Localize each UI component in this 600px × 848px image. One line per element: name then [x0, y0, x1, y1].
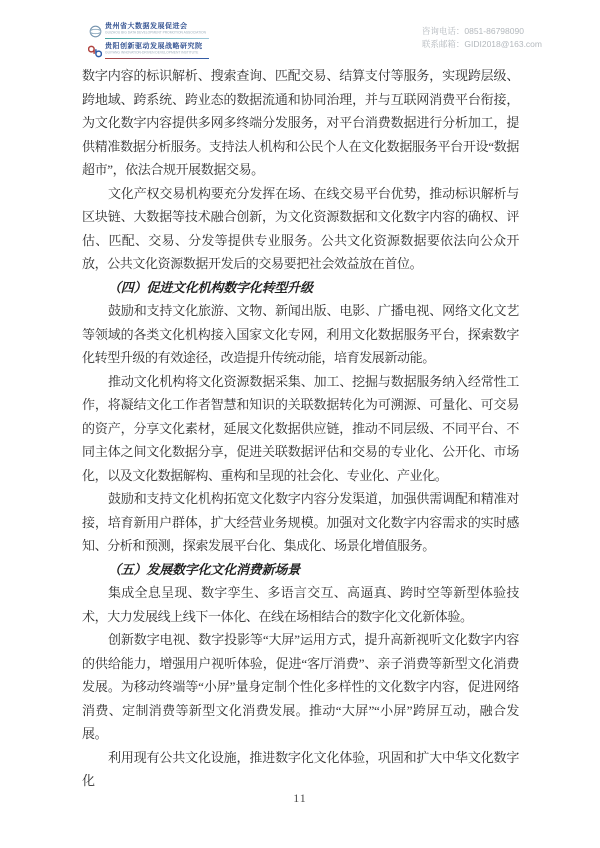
logo-association: 贵州省大数据发展促进会 GUIZHOU BIG DATA DEVELOPMENT…	[88, 23, 289, 39]
page-header: 贵州省大数据发展促进会 GUIZHOU BIG DATA DEVELOPMENT…	[88, 23, 542, 59]
swirl-logo-icon	[88, 44, 102, 58]
body-paragraph: 推动文化机构将文化资源数据采集、加工、挖掘与数据服务纳入经常性工作，将凝结文化工…	[82, 370, 519, 488]
body-paragraph: 鼓励和支持文化旅游、文物、新闻出版、电影、广播电视、网络文化文艺等领域的各类文化…	[82, 299, 519, 370]
email-label: 联系邮箱：	[422, 39, 465, 49]
logo-association-texts: 贵州省大数据发展促进会 GUIZHOU BIG DATA DEVELOPMENT…	[105, 23, 289, 39]
association-underline	[105, 38, 209, 39]
page-number: 11	[0, 791, 600, 806]
email-address: GIDI2018@163.com	[464, 39, 542, 49]
phone-label: 咨询电话：	[422, 26, 465, 36]
document-page: 贵州省大数据发展促进会 GUIZHOU BIG DATA DEVELOPMENT…	[0, 0, 600, 848]
document-body: 数字内容的标识解析、搜索查询、匹配交易、结算支付等服务，实现跨层级、跨地域、跨系…	[82, 64, 519, 793]
phone-number: 0851-86798090	[464, 26, 524, 36]
logo-block: 贵州省大数据发展促进会 GUIZHOU BIG DATA DEVELOPMENT…	[88, 23, 289, 59]
body-paragraph: 集成全息呈现、数字孪生、多语言交互、高逼真、跨时空等新型体验技术，大力发展线上线…	[82, 581, 519, 628]
body-paragraph: 鼓励和支持文化机构拓宽文化数字内容分发渠道，加强供需调配和精准对接，培育新用户群…	[82, 487, 519, 558]
section-heading-4: （四）促进文化机构数字化转型升级	[82, 276, 519, 300]
logo-institute: 贵阳创新驱动发展战略研究院 GUIYANG INNOVATION-DRIVEN …	[88, 43, 289, 59]
body-paragraph: 文化产权交易机构要充分发挥在场、在线交易平台优势，推动标识解析与区块链、大数据等…	[82, 182, 519, 276]
association-name-cn: 贵州省大数据发展促进会	[105, 23, 289, 31]
contact-email-line: 联系邮箱：GIDI2018@163.com	[422, 38, 542, 51]
association-name-en: GUIZHOU BIG DATA DEVELOPMENT PROMOTION A…	[105, 32, 206, 35]
institute-name-en: GUIYANG INNOVATION-DRIVEN DEVELOPMENT IN…	[105, 52, 198, 55]
body-paragraph: 数字内容的标识解析、搜索查询、匹配交易、结算支付等服务，实现跨层级、跨地域、跨系…	[82, 64, 519, 182]
globe-icon	[88, 24, 102, 38]
institute-name-cn: 贵阳创新驱动发展战略研究院	[105, 43, 275, 51]
contact-block: 咨询电话：0851-86798090 联系邮箱：GIDI2018@163.com	[422, 25, 542, 51]
body-paragraph: 利用现有公共文化设施，推进数字化文化体验，巩固和扩大中华文化数字化	[82, 746, 519, 793]
contact-phone-line: 咨询电话：0851-86798090	[422, 25, 542, 38]
logo-institute-texts: 贵阳创新驱动发展战略研究院 GUIYANG INNOVATION-DRIVEN …	[105, 43, 275, 59]
section-heading-5: （五）发展数字化文化消费新场景	[82, 558, 519, 582]
institute-underline	[105, 58, 209, 59]
body-paragraph: 创新数字电视、数字投影等“大屏”运用方式，提升高新视听文化数字内容的供给能力，增…	[82, 628, 519, 746]
